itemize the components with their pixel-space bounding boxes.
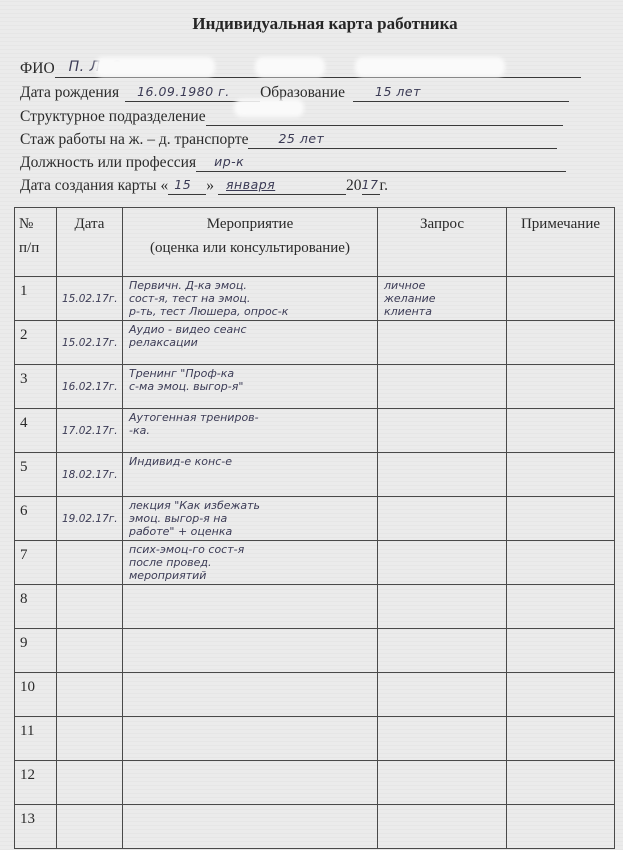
num-text: 12 <box>20 767 35 784</box>
event-cell[interactable]: лекция "Как избежать эмоц. выгор-я на ра… <box>123 497 378 541</box>
request-cell[interactable] <box>378 761 507 805</box>
table-row: 8 <box>15 585 615 629</box>
table-row: 13 <box>15 805 615 849</box>
table-row: 11 <box>15 717 615 761</box>
department-row: Структурное подразделение <box>20 104 563 126</box>
date-cell[interactable]: 15.02.17г. <box>57 321 123 365</box>
redaction-mark <box>355 57 505 77</box>
document-page: Индивидуальная карта работника ФИО П. Л.… <box>0 0 623 850</box>
event-cell[interactable]: Аутогенная трениров- -ка. <box>123 409 378 453</box>
department-field[interactable] <box>206 105 563 126</box>
date-cell[interactable]: 15.02.17г. <box>57 277 123 321</box>
num-cell[interactable]: 8 <box>15 585 57 629</box>
request-text: личное желание клиента <box>384 279 504 318</box>
position-label: Должность или профессия <box>20 154 196 172</box>
education-value: 15 лет <box>375 84 421 99</box>
experience-label: Стаж работы на ж. – д. транспорте <box>20 131 248 149</box>
note-cell[interactable] <box>507 717 615 761</box>
request-cell[interactable] <box>378 541 507 585</box>
num-text: 8 <box>20 591 28 608</box>
note-cell[interactable] <box>507 497 615 541</box>
event-text: Аудио - видео сеанс релаксации <box>129 323 375 349</box>
num-text: 6 <box>20 503 28 520</box>
position-value: ир-к <box>214 154 244 169</box>
year-end: г. <box>380 177 388 195</box>
table-row: 9 <box>15 629 615 673</box>
event-cell[interactable] <box>123 717 378 761</box>
date-text: 15.02.17г. <box>62 337 118 349</box>
date-cell[interactable] <box>57 541 123 585</box>
request-cell[interactable] <box>378 409 507 453</box>
date-text: 18.02.17г. <box>62 469 118 481</box>
redaction-mark <box>255 57 325 77</box>
request-cell[interactable] <box>378 629 507 673</box>
event-cell[interactable]: Индивид-е конс-е <box>123 453 378 497</box>
note-cell[interactable] <box>507 321 615 365</box>
date-cell[interactable] <box>57 585 123 629</box>
event-cell[interactable]: Тренинг "Проф-ка с-ма эмоц. выгор-я" <box>123 365 378 409</box>
num-cell[interactable]: 9 <box>15 629 57 673</box>
experience-row: Стаж работы на ж. – д. транспорте 25 лет <box>20 127 557 149</box>
created-date-row: Дата создания карты « 15 » января 20 17 … <box>20 173 388 195</box>
event-text: Первичн. Д-ка эмоц. сост-я, тест на эмоц… <box>129 279 375 318</box>
department-label: Структурное подразделение <box>20 108 206 126</box>
redaction-mark <box>95 57 215 77</box>
event-cell[interactable] <box>123 805 378 849</box>
request-cell[interactable] <box>378 321 507 365</box>
created-day-value: 15 <box>174 177 191 192</box>
table-row: 12 <box>15 761 615 805</box>
fio-row: ФИО П. Л. С. <box>20 56 581 78</box>
num-cell[interactable]: 2 <box>15 321 57 365</box>
date-cell[interactable]: 19.02.17г. <box>57 497 123 541</box>
date-cell[interactable] <box>57 761 123 805</box>
num-cell[interactable]: 6 <box>15 497 57 541</box>
num-text: 4 <box>20 415 28 432</box>
num-cell[interactable]: 4 <box>15 409 57 453</box>
note-cell[interactable] <box>507 365 615 409</box>
num-cell[interactable]: 12 <box>15 761 57 805</box>
date-cell[interactable]: 17.02.17г. <box>57 409 123 453</box>
header-date: Дата <box>57 208 123 277</box>
event-cell[interactable]: Аудио - видео сеанс релаксации <box>123 321 378 365</box>
fio-field[interactable]: П. Л. С. <box>55 57 581 78</box>
table-row: 316.02.17г.Тренинг "Проф-ка с-ма эмоц. в… <box>15 365 615 409</box>
event-cell[interactable] <box>123 761 378 805</box>
redaction-mark <box>234 99 304 117</box>
created-month-value: января <box>226 177 275 192</box>
events-table: № п/п Дата Мероприятие (оценка или консу… <box>14 207 615 849</box>
note-cell[interactable] <box>507 277 615 321</box>
created-month-field[interactable]: января <box>218 174 346 195</box>
table-row: 619.02.17г.лекция "Как избежать эмоц. вы… <box>15 497 615 541</box>
header-event: Мероприятие (оценка или консультирование… <box>123 208 378 277</box>
num-cell[interactable]: 3 <box>15 365 57 409</box>
table-row: 417.02.17г.Аутогенная трениров- -ка. <box>15 409 615 453</box>
event-cell[interactable]: Первичн. Д-ка эмоц. сост-я, тест на эмоц… <box>123 277 378 321</box>
note-cell[interactable] <box>507 805 615 849</box>
experience-value: 25 лет <box>278 131 324 146</box>
event-text: Тренинг "Проф-ка с-ма эмоц. выгор-я" <box>129 367 375 393</box>
table-header-row: № п/п Дата Мероприятие (оценка или консу… <box>15 208 615 277</box>
num-cell[interactable]: 10 <box>15 673 57 717</box>
num-cell[interactable]: 1 <box>15 277 57 321</box>
created-year-field[interactable]: 17 <box>362 174 380 195</box>
note-cell[interactable] <box>507 761 615 805</box>
request-cell[interactable] <box>378 805 507 849</box>
date-cell[interactable] <box>57 805 123 849</box>
num-text: 13 <box>20 811 35 828</box>
header-note: Примечание <box>507 208 615 277</box>
year-prefix: 20 <box>346 177 362 195</box>
created-year-value: 17 <box>362 177 379 192</box>
table-row: 115.02.17г.Первичн. Д-ка эмоц. сост-я, т… <box>15 277 615 321</box>
date-text: 19.02.17г. <box>62 513 118 525</box>
date-cell[interactable] <box>57 673 123 717</box>
num-text: 1 <box>20 283 28 300</box>
note-cell[interactable] <box>507 673 615 717</box>
request-cell[interactable]: личное желание клиента <box>378 277 507 321</box>
table-row: 215.02.17г.Аудио - видео сеанс релаксаци… <box>15 321 615 365</box>
header-request: Запрос <box>378 208 507 277</box>
num-text: 9 <box>20 635 28 652</box>
num-cell[interactable]: 11 <box>15 717 57 761</box>
request-cell[interactable] <box>378 717 507 761</box>
request-cell[interactable] <box>378 673 507 717</box>
num-text: 7 <box>20 547 28 564</box>
table-row: 518.02.17г.Индивид-е конс-е <box>15 453 615 497</box>
birth-date-label: Дата рождения <box>20 84 119 102</box>
date-cell[interactable]: 18.02.17г. <box>57 453 123 497</box>
num-text: 2 <box>20 327 28 344</box>
event-text: лекция "Как избежать эмоц. выгор-я на ра… <box>129 499 375 538</box>
num-cell[interactable]: 13 <box>15 805 57 849</box>
fio-label: ФИО <box>20 60 55 78</box>
position-field[interactable]: ир-к <box>196 151 566 172</box>
note-cell[interactable] <box>507 585 615 629</box>
note-cell[interactable] <box>507 453 615 497</box>
education-field[interactable]: 15 лет <box>353 81 569 102</box>
page-title: Индивидуальная карта работника <box>0 14 623 34</box>
request-cell[interactable] <box>378 497 507 541</box>
event-cell[interactable] <box>123 585 378 629</box>
num-text: 3 <box>20 371 28 388</box>
date-cell[interactable] <box>57 629 123 673</box>
event-cell[interactable] <box>123 673 378 717</box>
num-text: 11 <box>20 723 34 740</box>
num-cell[interactable]: 7 <box>15 541 57 585</box>
event-text: Индивид-е конс-е <box>129 455 375 468</box>
date-text: 17.02.17г. <box>62 425 118 437</box>
num-cell[interactable]: 5 <box>15 453 57 497</box>
num-text: 10 <box>20 679 35 696</box>
table-row: 10 <box>15 673 615 717</box>
date-cell[interactable] <box>57 717 123 761</box>
request-cell[interactable] <box>378 365 507 409</box>
note-cell[interactable] <box>507 409 615 453</box>
event-cell[interactable] <box>123 629 378 673</box>
request-cell[interactable] <box>378 585 507 629</box>
note-cell[interactable] <box>507 629 615 673</box>
header-num: № п/п <box>15 208 57 277</box>
created-day-field[interactable]: 15 <box>168 174 206 195</box>
position-row: Должность или профессия ир-к <box>20 150 566 172</box>
date-text: 16.02.17г. <box>62 381 118 393</box>
num-text: 5 <box>20 459 28 476</box>
created-label: Дата создания карты <box>20 177 157 195</box>
date-text: 15.02.17г. <box>62 293 118 305</box>
event-text: псих-эмоц-го сост-я после провед. меропр… <box>129 543 375 582</box>
event-text: Аутогенная трениров- -ка. <box>129 411 375 437</box>
close-quote: » <box>206 177 214 195</box>
experience-field[interactable]: 25 лет <box>248 128 557 149</box>
birth-date-value: 16.09.1980 г. <box>137 84 230 99</box>
event-cell[interactable]: псих-эмоц-го сост-я после провед. меропр… <box>123 541 378 585</box>
request-cell[interactable] <box>378 453 507 497</box>
note-cell[interactable] <box>507 541 615 585</box>
open-quote: « <box>161 177 169 195</box>
date-cell[interactable]: 16.02.17г. <box>57 365 123 409</box>
table-row: 7псих-эмоц-го сост-я после провед. мероп… <box>15 541 615 585</box>
